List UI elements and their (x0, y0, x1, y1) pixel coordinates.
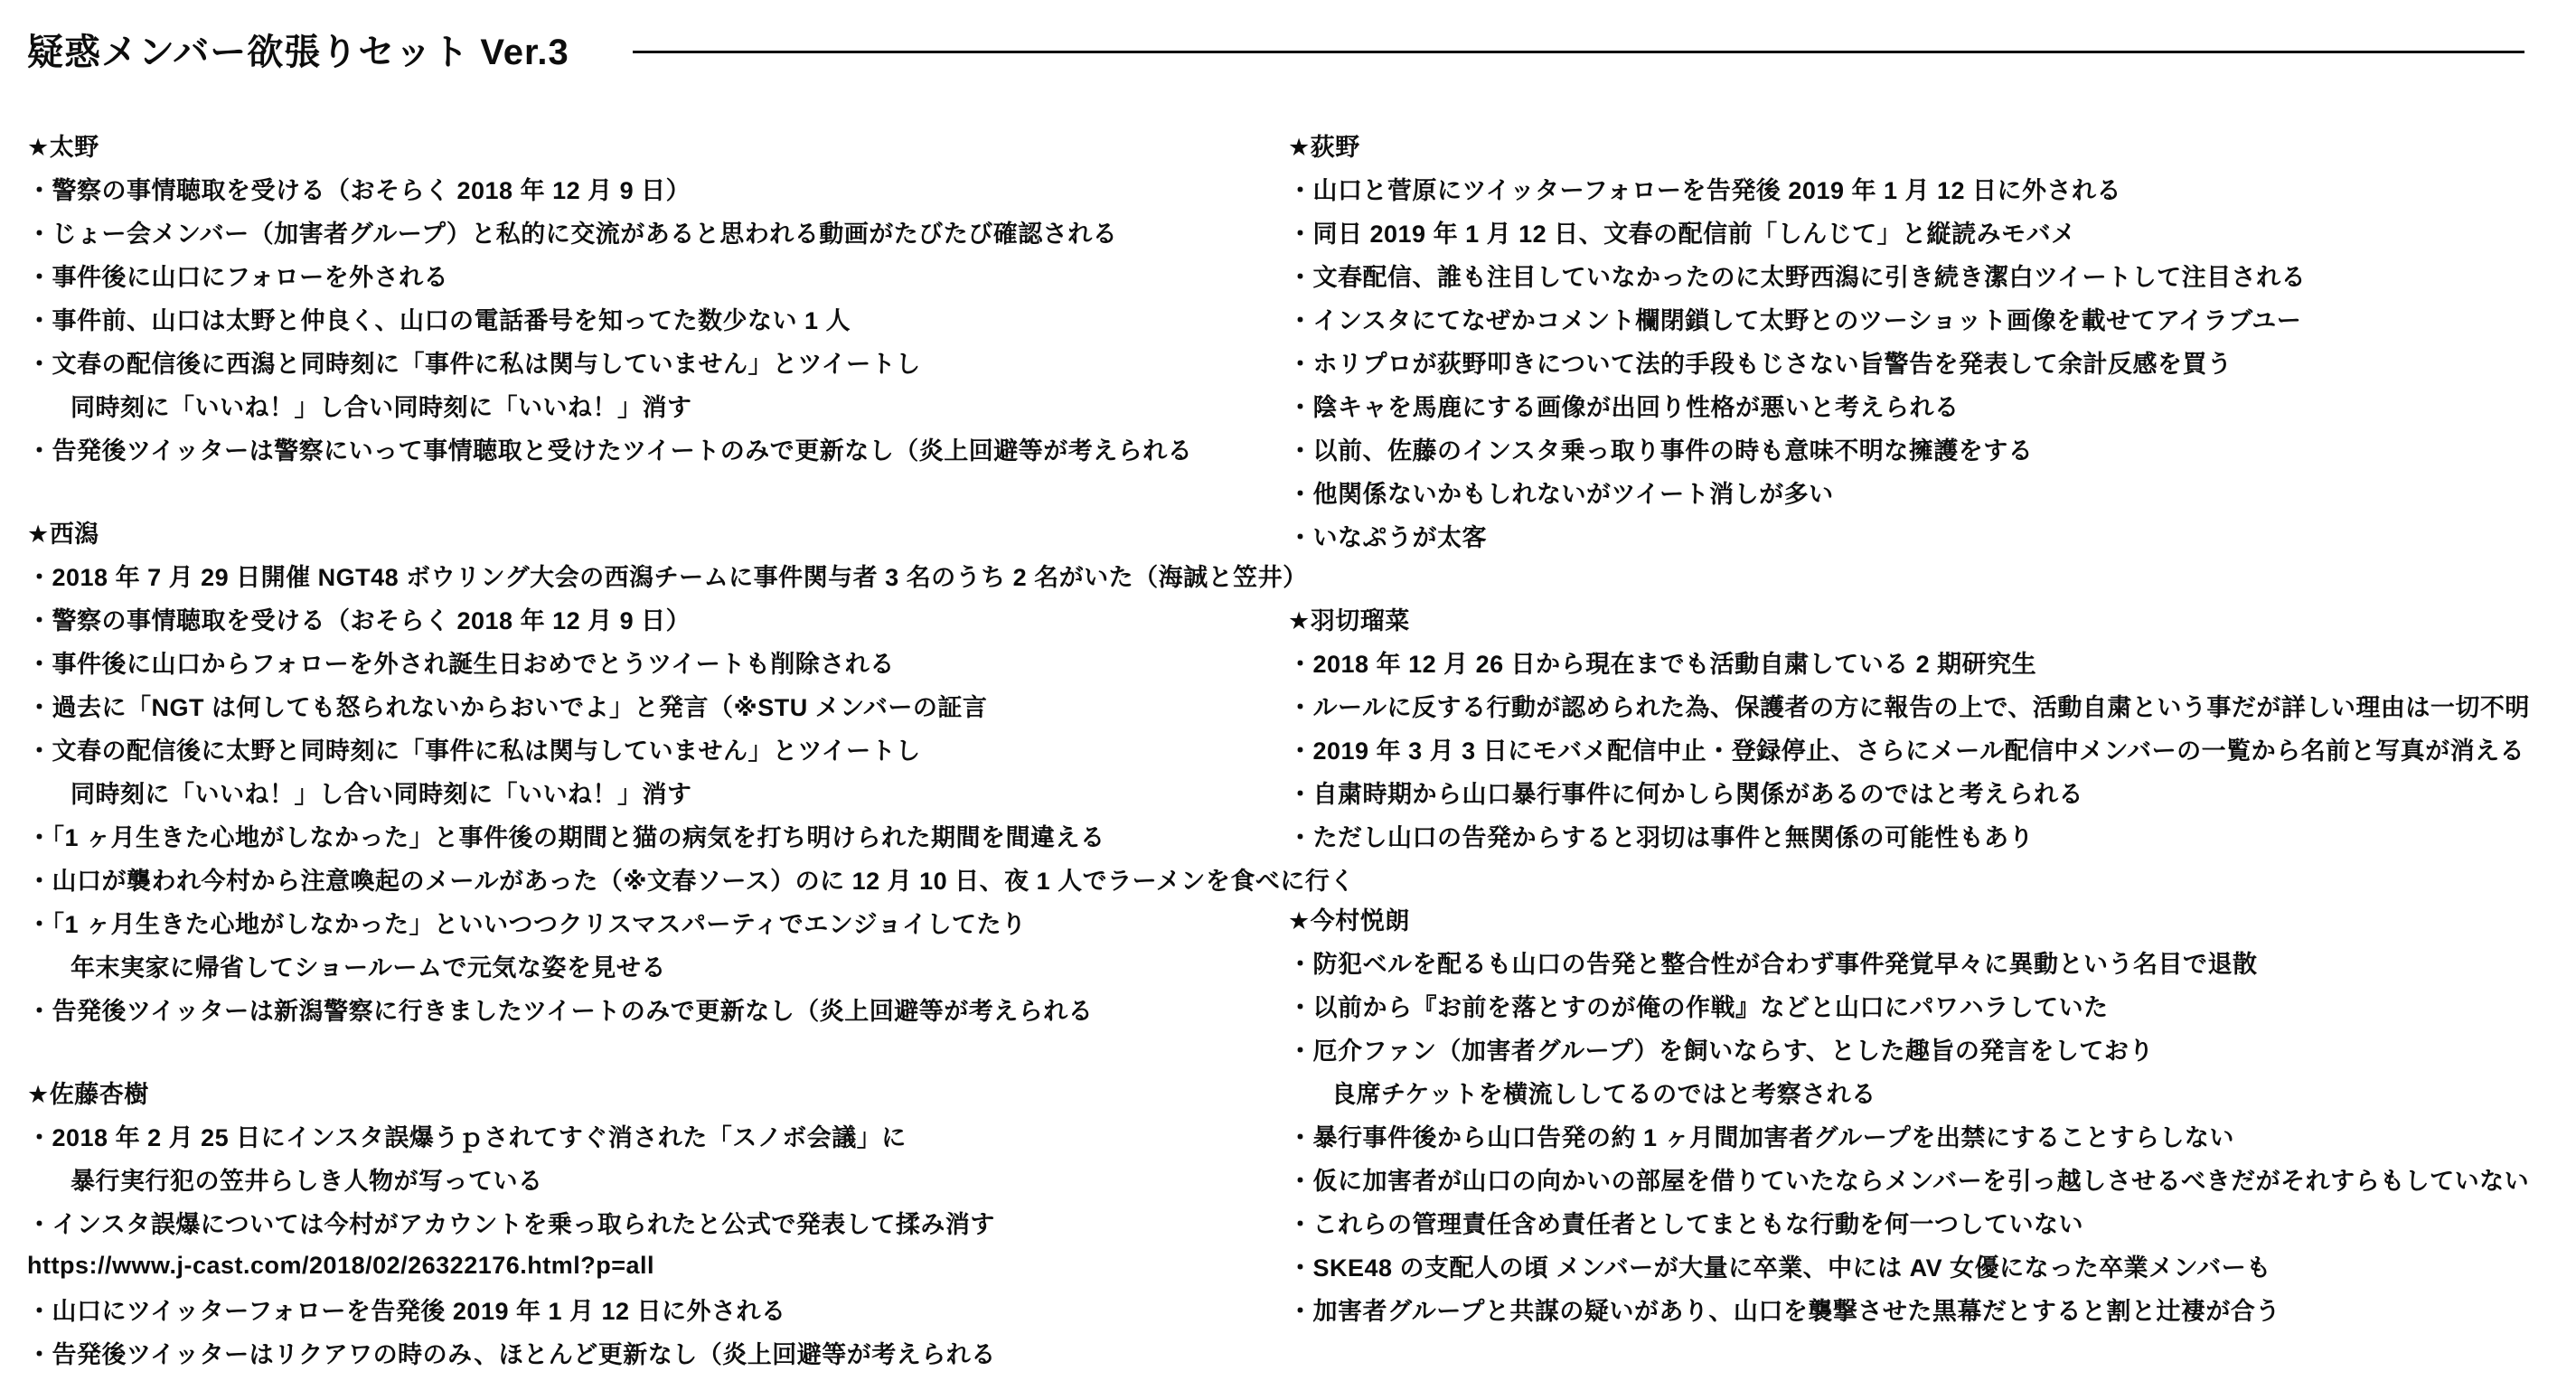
section-heading: ★荻野 (1288, 123, 2571, 166)
text-line: ・山口と菅原にツイッターフォローを告発後 2019 年 1 月 12 日に外され… (1288, 166, 2571, 210)
text-line: ・自粛時期から山口暴行事件に何かしら関係があるのではと考えられる (1288, 770, 2571, 813)
text-line: 年末実家に帰省してショールームで元気な姿を見せる (27, 944, 1293, 987)
text-line: ・2018 年 12 月 26 日から現在までも活動自粛している 2 期研究生 (1288, 640, 2571, 683)
section-heading: ★羽切瑠菜 (1288, 596, 2571, 640)
section-right-2: ★今村悦朗・防犯ベルを配るも山口の告発と整合性が合わず事件発覚早々に異動という名… (1288, 897, 2571, 1330)
text-line: ・2018 年 2 月 25 日にインスタ誤爆うｐされてすぐ消された「スノボ会議… (27, 1113, 1293, 1157)
title-rule (633, 51, 2524, 53)
text-line: ・他関係ないかもしれないがツイート消しが多い (1288, 470, 2571, 513)
text-line: ・過去に「NGT は何しても怒られないからおいでよ」と発言（※STU メンバーの… (27, 683, 1293, 727)
text-line: 良席チケットを横流ししてるのではと考察される (1288, 1070, 2571, 1113)
text-line: ・暴行事件後から山口告発の約 1 ヶ月間加害者グループを出禁にすることすらしない (1288, 1113, 2571, 1157)
text-line: ・防犯ベルを配るも山口の告発と整合性が合わず事件発覚早々に異動という名目で退散 (1288, 940, 2571, 983)
section-right-1: ★羽切瑠菜・2018 年 12 月 26 日から現在までも活動自粛している 2 … (1288, 596, 2571, 857)
text-line: ・山口が襲われ今村から注意喚起のメールがあった（※文春ソース）のに 12 月 1… (27, 857, 1293, 900)
text-line: ・陰キャを馬鹿にする画像が出回り性格が悪いと考えられる (1288, 383, 2571, 427)
text-line: ・インスタにてなぜかコメント欄閉鎖して太野とのツーショット画像を載せてアイラブユ… (1288, 296, 2571, 340)
text-line: ・じょー会メンバー（加害者グループ）と私的に交流があると思われる動画がたびたび確… (27, 210, 1293, 253)
text-line: ・告発後ツイッターはリクアワの時のみ、ほとんど更新なし（炎上回避等が考えられる (27, 1330, 1293, 1374)
text-line: ・告発後ツイッターは警察にいって事情聴取と受けたツイートのみで更新なし（炎上回避… (27, 427, 1293, 470)
text-line: ・仮に加害者が山口の向かいの部屋を借りていたならメンバーを引っ越しさせるべきだが… (1288, 1157, 2571, 1200)
text-line: ・警察の事情聴取を受ける（おそらく 2018 年 12 月 9 日） (27, 596, 1293, 640)
text-line: ・SKE48 の支配人の頃 メンバーが大量に卒業、中には AV 女優になった卒業… (1288, 1244, 2571, 1287)
text-line: ・ルールに反する行動が認められた為、保護者の方に報告の上で、活動自粛という事だが… (1288, 683, 2571, 727)
section-left-2: ★佐藤杏樹・2018 年 2 月 25 日にインスタ誤爆うｐされてすぐ消された「… (27, 1070, 1293, 1374)
text-line: ・警察の事情聴取を受ける（おそらく 2018 年 12 月 9 日） (27, 166, 1293, 210)
text-line: ・文春の配信後に西潟と同時刻に「事件に私は関与していません」とツイートし (27, 340, 1293, 383)
section-heading: ★佐藤杏樹 (27, 1070, 1293, 1113)
section-right-0: ★荻野・山口と菅原にツイッターフォローを告発後 2019 年 1 月 12 日に… (1288, 123, 2571, 557)
page-title: 疑惑メンバー欲張りセット Ver.3 (27, 23, 569, 75)
section-left-1: ★西潟・2018 年 7 月 29 日開催 NGT48 ボウリング大会の西潟チー… (27, 510, 1293, 1030)
text-line: ・告発後ツイッターは新潟警察に行きましたツイートのみで更新なし（炎上回避等が考え… (27, 987, 1293, 1030)
text-line: ・同日 2019 年 1 月 12 日、文春の配信前「しんじて」と縦読みモバメ (1288, 210, 2571, 253)
text-line: ・2019 年 3 月 3 日にモバメ配信中止・登録停止、さらにメール配信中メン… (1288, 727, 2571, 770)
text-line: ・インスタ誤爆については今村がアカウントを乗っ取られたと公式で発表して揉み消す (27, 1200, 1293, 1244)
text-line: ・文春の配信後に太野と同時刻に「事件に私は関与していません」とツイートし (27, 727, 1293, 770)
section-heading: ★西潟 (27, 510, 1293, 553)
text-line: ・以前、佐藤のインスタ乗っ取り事件の時も意味不明な擁護をする (1288, 427, 2571, 470)
text-line: 暴行実行犯の笠井らしき人物が写っている (27, 1157, 1293, 1200)
text-line: ・以前から『お前を落とすのが俺の作戦』などと山口にパワハラしていた (1288, 983, 2571, 1027)
text-line: ・加害者グループと共謀の疑いがあり、山口を襲撃させた黒幕だとすると割と辻褄が合う (1288, 1287, 2571, 1330)
text-line: ・「1 ヶ月生きた心地がしなかった」と事件後の期間と猫の病気を打ち明けられた期間… (27, 813, 1293, 857)
text-line: ・山口にツイッターフォローを告発後 2019 年 1 月 12 日に外される (27, 1287, 1293, 1330)
text-line: ・事件前、山口は太野と仲良く、山口の電話番号を知ってた数少ない 1 人 (27, 296, 1293, 340)
text-line: ・ただし山口の告発からすると羽切は事件と無関係の可能性もあり (1288, 813, 2571, 857)
text-line: ・事件後に山口にフォローを外される (27, 253, 1293, 296)
text-line: ・ホリプロが荻野叩きについて法的手段もじさない旨警告を発表して余計反感を買う (1288, 340, 2571, 383)
text-line: 同時刻に「いいね！」し合い同時刻に「いいね！」消す (27, 770, 1293, 813)
column-right: ★荻野・山口と菅原にツイッターフォローを告発後 2019 年 1 月 12 日に… (1288, 123, 2571, 1330)
section-left-0: ★太野・警察の事情聴取を受ける（おそらく 2018 年 12 月 9 日）・じょ… (27, 123, 1293, 470)
url-text: https://www.j-cast.com/2018/02/26322176.… (27, 1244, 1293, 1287)
text-line: ・いなぷうが太客 (1288, 513, 2571, 557)
text-line: ・厄介ファン（加害者グループ）を飼いならす、とした趣旨の発言をしており (1288, 1027, 2571, 1070)
section-heading: ★今村悦朗 (1288, 897, 2571, 940)
text-line: ・「1 ヶ月生きた心地がしなかった」といいつつクリスマスパーティでエンジョイして… (27, 900, 1293, 944)
text-line: ・これらの管理責任含め責任者としてまともな行動を何一つしていない (1288, 1200, 2571, 1244)
text-line: ・事件後に山口からフォローを外され誕生日おめでとうツイートも削除される (27, 640, 1293, 683)
text-line: 同時刻に「いいね！」し合い同時刻に「いいね！」消す (27, 383, 1293, 427)
section-heading: ★太野 (27, 123, 1293, 166)
text-line: ・2018 年 7 月 29 日開催 NGT48 ボウリング大会の西潟チームに事… (27, 553, 1293, 596)
text-line: ・文春配信、誰も注目していなかったのに太野西潟に引き続き潔白ツイートして注目され… (1288, 253, 2571, 296)
column-left: ★太野・警察の事情聴取を受ける（おそらく 2018 年 12 月 9 日）・じょ… (27, 123, 1293, 1374)
